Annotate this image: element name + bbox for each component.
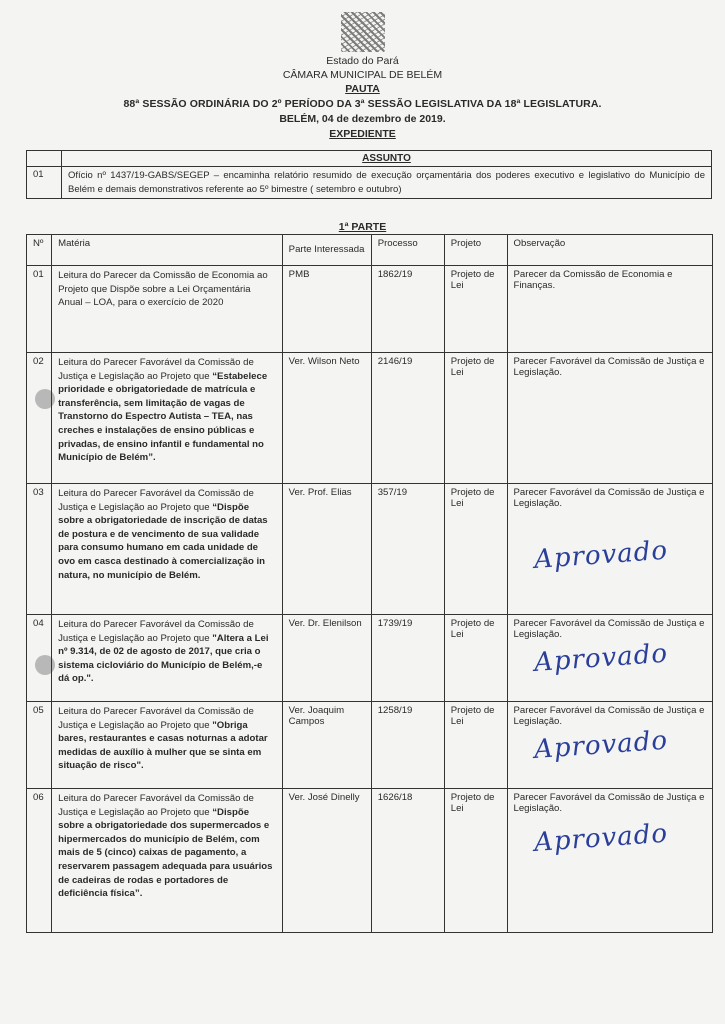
approved-handwritten-stamp: Aprovado — [533, 723, 707, 765]
table-row: 05 Leitura do Parecer Favorável da Comis… — [27, 702, 713, 789]
row-processo: 2146/19 — [371, 353, 444, 484]
assunto-header: ASSUNTO — [62, 151, 712, 167]
row-projeto: Projeto de Lei — [444, 353, 507, 484]
row-parte: Ver. Prof. Elias — [282, 484, 371, 615]
row-observacao-cell: Parecer Favorável da Comissão de Justiça… — [507, 702, 712, 789]
table-row: 01 Leitura do Parecer da Comissão de Eco… — [27, 266, 713, 353]
parte-title: 1ª PARTE — [0, 221, 725, 233]
materia-bold-text: “Estabelece prioridade e obrigatoriedade… — [58, 371, 267, 464]
row-observacao: Parecer Favorável da Comissão de Justiça… — [514, 487, 705, 509]
column-header-projeto: Projeto — [444, 235, 507, 266]
row-num: 04 — [33, 618, 44, 629]
materia-bold-text: “Dispõe sobre a obrigatoriedade de inscr… — [58, 502, 268, 581]
row-parte: Ver. Dr. Elenilson — [282, 615, 371, 702]
approved-handwritten-stamp: Aprovado — [533, 636, 707, 678]
table-row: 03 Leitura do Parecer Favorável da Comis… — [27, 484, 713, 615]
row-observacao-cell: Parecer Favorável da Comissão de Justiça… — [507, 484, 712, 615]
row-materia: Leitura do Parecer Favorável da Comissão… — [52, 353, 283, 484]
session-date: BELÉM, 04 de dezembro de 2019. — [0, 112, 725, 127]
row-observacao: Parecer Favorável da Comissão de Justiça… — [514, 618, 705, 640]
chamber-name: CÂMARA MUNICIPAL DE BELÉM — [0, 68, 725, 82]
section-expediente: EXPEDIENTE — [0, 127, 725, 142]
row-processo: 1739/19 — [371, 615, 444, 702]
table-row: 04 Leitura do Parecer Favorável da Comis… — [27, 615, 713, 702]
row-observacao-cell: Parecer Favorável da Comissão de Justiça… — [507, 615, 712, 702]
parte-table: Nº Matéria Parte Interessada Processo Pr… — [26, 234, 713, 933]
row-parte: Ver. Wilson Neto — [282, 353, 371, 484]
expediente-header-row: ASSUNTO — [27, 151, 712, 167]
row-num: 03 — [27, 484, 52, 615]
row-materia: Leitura do Parecer Favorável da Comissão… — [52, 789, 283, 933]
expediente-num: 01 — [27, 167, 62, 199]
row-observacao: Parecer Favorável da Comissão de Justiça… — [507, 353, 712, 484]
row-projeto: Projeto de Lei — [444, 615, 507, 702]
pauta-document: Estado do Pará CÂMARA MUNICIPAL DE BELÉM… — [0, 0, 725, 1024]
document-header: Estado do Pará CÂMARA MUNICIPAL DE BELÉM… — [0, 12, 725, 142]
row-materia: Leitura do Parecer da Comissão de Econom… — [52, 266, 283, 353]
row-processo: 1258/19 — [371, 702, 444, 789]
approved-handwritten-stamp: Aprovado — [533, 816, 707, 858]
row-parte: Ver. Joaquim Campos — [282, 702, 371, 789]
row-observacao: Parecer da Comissão de Economia e Finanç… — [507, 266, 712, 353]
materia-text: Leitura do Parecer da Comissão de Econom… — [58, 270, 268, 308]
row-observacao-cell: Parecer Favorável da Comissão de Justiça… — [507, 789, 712, 933]
row-projeto: Projeto de Lei — [444, 484, 507, 615]
session-title: 88ª SESSÃO ORDINÁRIA DO 2º PERÍODO DA 3ª… — [0, 97, 725, 112]
expediente-assunto: Ofício nº 1437/19-GABS/SEGEP – encaminha… — [62, 167, 712, 199]
row-materia: Leitura do Parecer Favorável da Comissão… — [52, 702, 283, 789]
materia-bold-text: “Dispõe sobre a obrigatoriedade dos supe… — [58, 807, 272, 900]
column-header-observacao: Observação — [507, 235, 712, 266]
row-projeto: Projeto de Lei — [444, 789, 507, 933]
approved-handwritten-stamp: Aprovado — [533, 533, 707, 575]
column-header-materia: Matéria — [52, 235, 283, 266]
table-row: 02 Leitura do Parecer Favorável da Comis… — [27, 353, 713, 484]
row-materia: Leitura do Parecer Favorável da Comissão… — [52, 484, 283, 615]
row-num: 05 — [27, 702, 52, 789]
coat-of-arms-icon — [341, 12, 385, 52]
column-header-parte-label: Parte Interessada — [289, 244, 365, 255]
row-num: 02 — [33, 356, 44, 367]
expediente-num-header — [27, 151, 62, 167]
row-processo: 357/19 — [371, 484, 444, 615]
column-header-processo: Processo — [371, 235, 444, 266]
row-materia: Leitura do Parecer Favorável da Comissão… — [52, 615, 283, 702]
state-name: Estado do Pará — [0, 54, 725, 68]
row-num-cell: 04 — [27, 615, 52, 702]
row-projeto: Projeto de Lei — [444, 266, 507, 353]
row-processo: 1626/18 — [371, 789, 444, 933]
row-parte: Ver. José Dinelly — [282, 789, 371, 933]
column-header-parte: Parte Interessada — [282, 235, 371, 266]
row-num: 01 — [27, 266, 52, 353]
row-projeto: Projeto de Lei — [444, 702, 507, 789]
row-num: 06 — [27, 789, 52, 933]
row-parte: PMB — [282, 266, 371, 353]
table-header-row: Nº Matéria Parte Interessada Processo Pr… — [27, 235, 713, 266]
expediente-table: ASSUNTO 01 Ofício nº 1437/19-GABS/SEGEP … — [26, 150, 712, 199]
column-header-num: Nº — [27, 235, 52, 266]
row-observacao: Parecer Favorável da Comissão de Justiça… — [514, 705, 705, 727]
row-observacao: Parecer Favorável da Comissão de Justiça… — [514, 792, 705, 814]
table-row: 06 Leitura do Parecer Favorável da Comis… — [27, 789, 713, 933]
row-num-cell: 02 — [27, 353, 52, 484]
row-processo: 1862/19 — [371, 266, 444, 353]
document-type: PAUTA — [0, 82, 725, 97]
table-row: 01 Ofício nº 1437/19-GABS/SEGEP – encami… — [27, 167, 712, 199]
